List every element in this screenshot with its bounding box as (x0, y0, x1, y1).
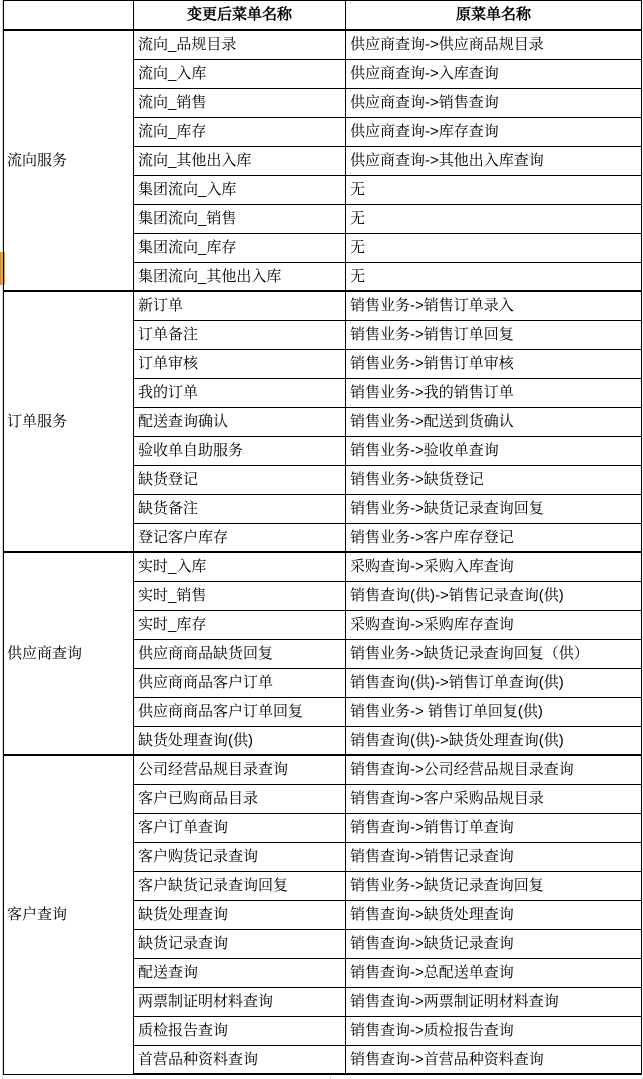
changed-menu-cell: 流向_其他出入库 (134, 146, 346, 175)
original-menu-cell: 销售查询->首营品种资料查询 (346, 1045, 642, 1074)
changed-menu-cell: 客户缺货记录查询回复 (134, 871, 346, 900)
changed-menu-cell: 配送查询 (134, 958, 346, 987)
original-menu-cell: 销售查询->公司经营品规目录查询 (346, 755, 642, 784)
changed-menu-cell: 缺货处理查询 (134, 900, 346, 929)
changed-menu-cell: 供应商商品缺货回复 (134, 639, 346, 668)
header-original-menu: 原菜单名称 (346, 1, 642, 31)
original-menu-cell: 供应商查询->库存查询 (346, 117, 642, 146)
original-menu-cell: 销售业务->销售订单回复 (346, 320, 642, 349)
original-menu-cell: 供应商查询->供应商品规目录 (346, 30, 642, 59)
changed-menu-cell: 客户订单查询 (134, 813, 346, 842)
original-menu-cell: 销售业务->我的销售订单 (346, 378, 642, 407)
original-menu-cell: 销售查询->销售记录查询 (346, 842, 642, 871)
original-menu-cell: 采购查询->采购入库查询 (346, 552, 642, 581)
changed-menu-cell: 集团流向_其他出入库 (134, 262, 346, 291)
changed-menu-cell: 新订单 (134, 291, 346, 320)
changed-menu-cell: 公司经营品规目录查询 (134, 755, 346, 784)
original-menu-cell: 销售业务->配送到货确认 (346, 407, 642, 436)
service-group-label: 订单服务 (4, 291, 134, 552)
changed-menu-cell: 验收单自助服务 (134, 436, 346, 465)
changed-menu-cell: 缺货登记 (134, 465, 346, 494)
changed-menu-cell: 缺货记录查询 (134, 929, 346, 958)
original-menu-cell: 销售查询->质检报告查询 (346, 1016, 642, 1045)
changed-menu-cell: 订单备注 (134, 320, 346, 349)
service-group-label: 供应商查询 (4, 552, 134, 755)
changed-menu-cell: 集团流向_销售 (134, 204, 346, 233)
original-menu-cell: 销售查询->销售订单查询 (346, 813, 642, 842)
changed-menu-cell: 缺货处理查询(供) (134, 726, 346, 755)
changed-menu-cell: 配送查询确认 (134, 407, 346, 436)
original-menu-cell: 销售查询->两票制证明材料查询 (346, 987, 642, 1016)
original-menu-cell: 销售业务->验收单查询 (346, 436, 642, 465)
changed-menu-cell: 首营品种资料查询 (134, 1045, 346, 1074)
changed-menu-cell: 客户购货记录查询 (134, 842, 346, 871)
changed-menu-cell: 缺货备注 (134, 494, 346, 523)
changed-menu-cell: 流向_入库 (134, 59, 346, 88)
changed-menu-cell: 实时_销售 (134, 581, 346, 610)
changed-menu-cell: 我的订单 (134, 378, 346, 407)
original-menu-cell: 销售查询->总配送单查询 (346, 958, 642, 987)
original-menu-cell: 销售业务->缺货登记 (346, 465, 642, 494)
original-menu-cell: 销售查询(供)->销售记录查询(供) (346, 581, 642, 610)
original-menu-cell: 销售业务->缺货记录查询回复 (346, 494, 642, 523)
service-group-label: 客户查询 (4, 755, 134, 1074)
original-menu-cell: 无 (346, 204, 642, 233)
changed-menu-cell: 供应商商品客户订单 (134, 668, 346, 697)
original-menu-cell: 采购查询->采购库存查询 (346, 610, 642, 639)
original-menu-cell: 销售业务-> 销售订单回复(供) (346, 697, 642, 726)
changed-menu-cell: 客户已购商品目录 (134, 784, 346, 813)
original-menu-cell: 供应商查询->入库查询 (346, 59, 642, 88)
header-changed-menu: 变更后菜单名称 (134, 1, 346, 31)
original-menu-cell: 销售查询(供)->销售订单查询(供) (346, 668, 642, 697)
original-menu-cell: 供应商查询->销售查询 (346, 88, 642, 117)
table-row: 供应商查询实时_入库采购查询->采购入库查询 (4, 552, 642, 581)
original-menu-cell: 无 (346, 262, 642, 291)
changed-menu-cell: 流向_品规目录 (134, 30, 346, 59)
original-menu-cell: 销售查询->缺货处理查询 (346, 900, 642, 929)
original-menu-cell: 无 (346, 175, 642, 204)
original-menu-cell: 销售查询(供)->缺货处理查询(供) (346, 726, 642, 755)
changed-menu-cell: 流向_库存 (134, 117, 346, 146)
changed-menu-cell: 订单审核 (134, 349, 346, 378)
menu-mapping-table: 变更后菜单名称 原菜单名称 流向服务流向_品规目录供应商查询->供应商品规目录流… (3, 0, 642, 1075)
corner-cell (4, 1, 134, 31)
table-row: 客户查询公司经营品规目录查询销售查询->公司经营品规目录查询 (4, 755, 642, 784)
table-body: 流向服务流向_品规目录供应商查询->供应商品规目录流向_入库供应商查询->入库查… (4, 30, 642, 1074)
original-menu-cell: 销售业务->缺货记录查询回复（供） (346, 639, 642, 668)
table-row: 订单服务新订单销售业务->销售订单录入 (4, 291, 642, 320)
original-menu-cell: 销售查询->客户采购品规目录 (346, 784, 642, 813)
changed-menu-cell: 供应商商品客户订单回复 (134, 697, 346, 726)
changed-menu-cell: 流向_销售 (134, 88, 346, 117)
service-group-label: 流向服务 (4, 30, 134, 291)
table-header: 变更后菜单名称 原菜单名称 (4, 1, 642, 31)
changed-menu-cell: 实时_库存 (134, 610, 346, 639)
changed-menu-cell: 质检报告查询 (134, 1016, 346, 1045)
changed-menu-cell: 实时_入库 (134, 552, 346, 581)
changed-menu-cell: 登记客户库存 (134, 523, 346, 552)
changed-menu-cell: 集团流向_库存 (134, 233, 346, 262)
changed-menu-cell: 两票制证明材料查询 (134, 987, 346, 1016)
original-menu-cell: 无 (346, 233, 642, 262)
original-menu-cell: 销售业务->销售订单审核 (346, 349, 642, 378)
original-menu-cell: 供应商查询->其他出入库查询 (346, 146, 642, 175)
original-menu-cell: 销售查询->缺货记录查询 (346, 929, 642, 958)
table-row: 流向服务流向_品规目录供应商查询->供应商品规目录 (4, 30, 642, 59)
original-menu-cell: 销售业务->缺货记录查询回复 (346, 871, 642, 900)
changed-menu-cell: 集团流向_入库 (134, 175, 346, 204)
original-menu-cell: 销售业务->客户库存登记 (346, 523, 642, 552)
original-menu-cell: 销售业务->销售订单录入 (346, 291, 642, 320)
header-row: 变更后菜单名称 原菜单名称 (4, 1, 642, 31)
